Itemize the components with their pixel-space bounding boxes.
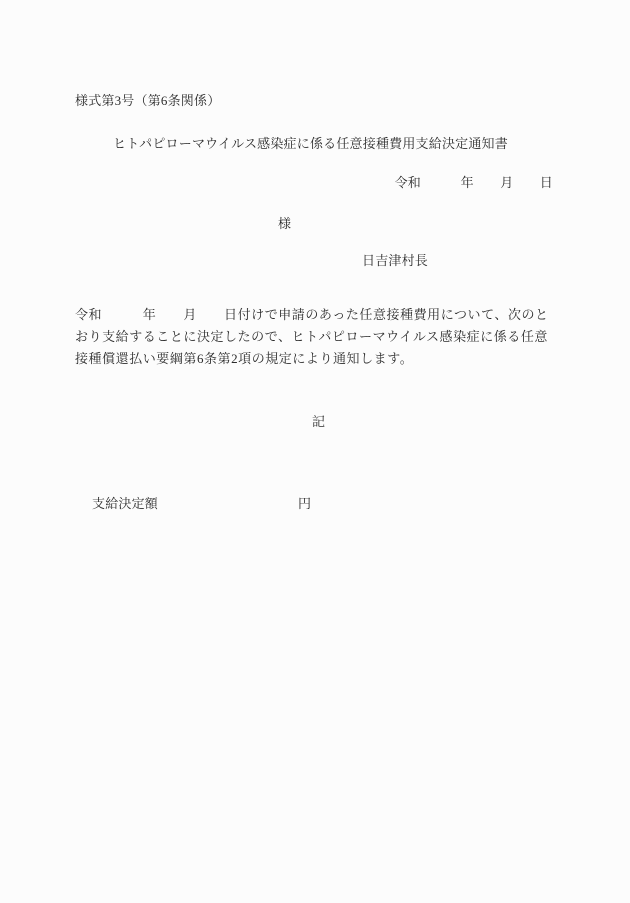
amount-row: 支給決定額円	[92, 497, 311, 511]
document-title: ヒトパピローマウイルス感染症に係る任意接種費用支給決定通知書	[113, 137, 508, 151]
addressee-honorific: 様	[278, 217, 291, 231]
form-number: 様式第3号（第6条関係）	[75, 94, 220, 108]
body-paragraph-line-2: おり支給することに決定したので、ヒトパピローマウイルス感染症に係る任意	[75, 330, 570, 344]
amount-label: 支給決定額	[92, 496, 158, 511]
sender-title: 日吉津村長	[362, 254, 428, 268]
body-paragraph-line-1: 令和 年 月 日付けで申請のあった任意接種費用について、次のと	[75, 308, 570, 322]
issue-date-line: 令和 年 月 日	[395, 176, 553, 190]
document-page: 様式第3号（第6条関係） ヒトパピローマウイルス感染症に係る任意接種費用支給決定…	[0, 0, 630, 903]
amount-unit: 円	[298, 496, 311, 511]
section-marker: 記	[312, 415, 325, 429]
body-paragraph-line-3: 接種償還払い要綱第6条第2項の規定により通知します。	[75, 352, 570, 366]
